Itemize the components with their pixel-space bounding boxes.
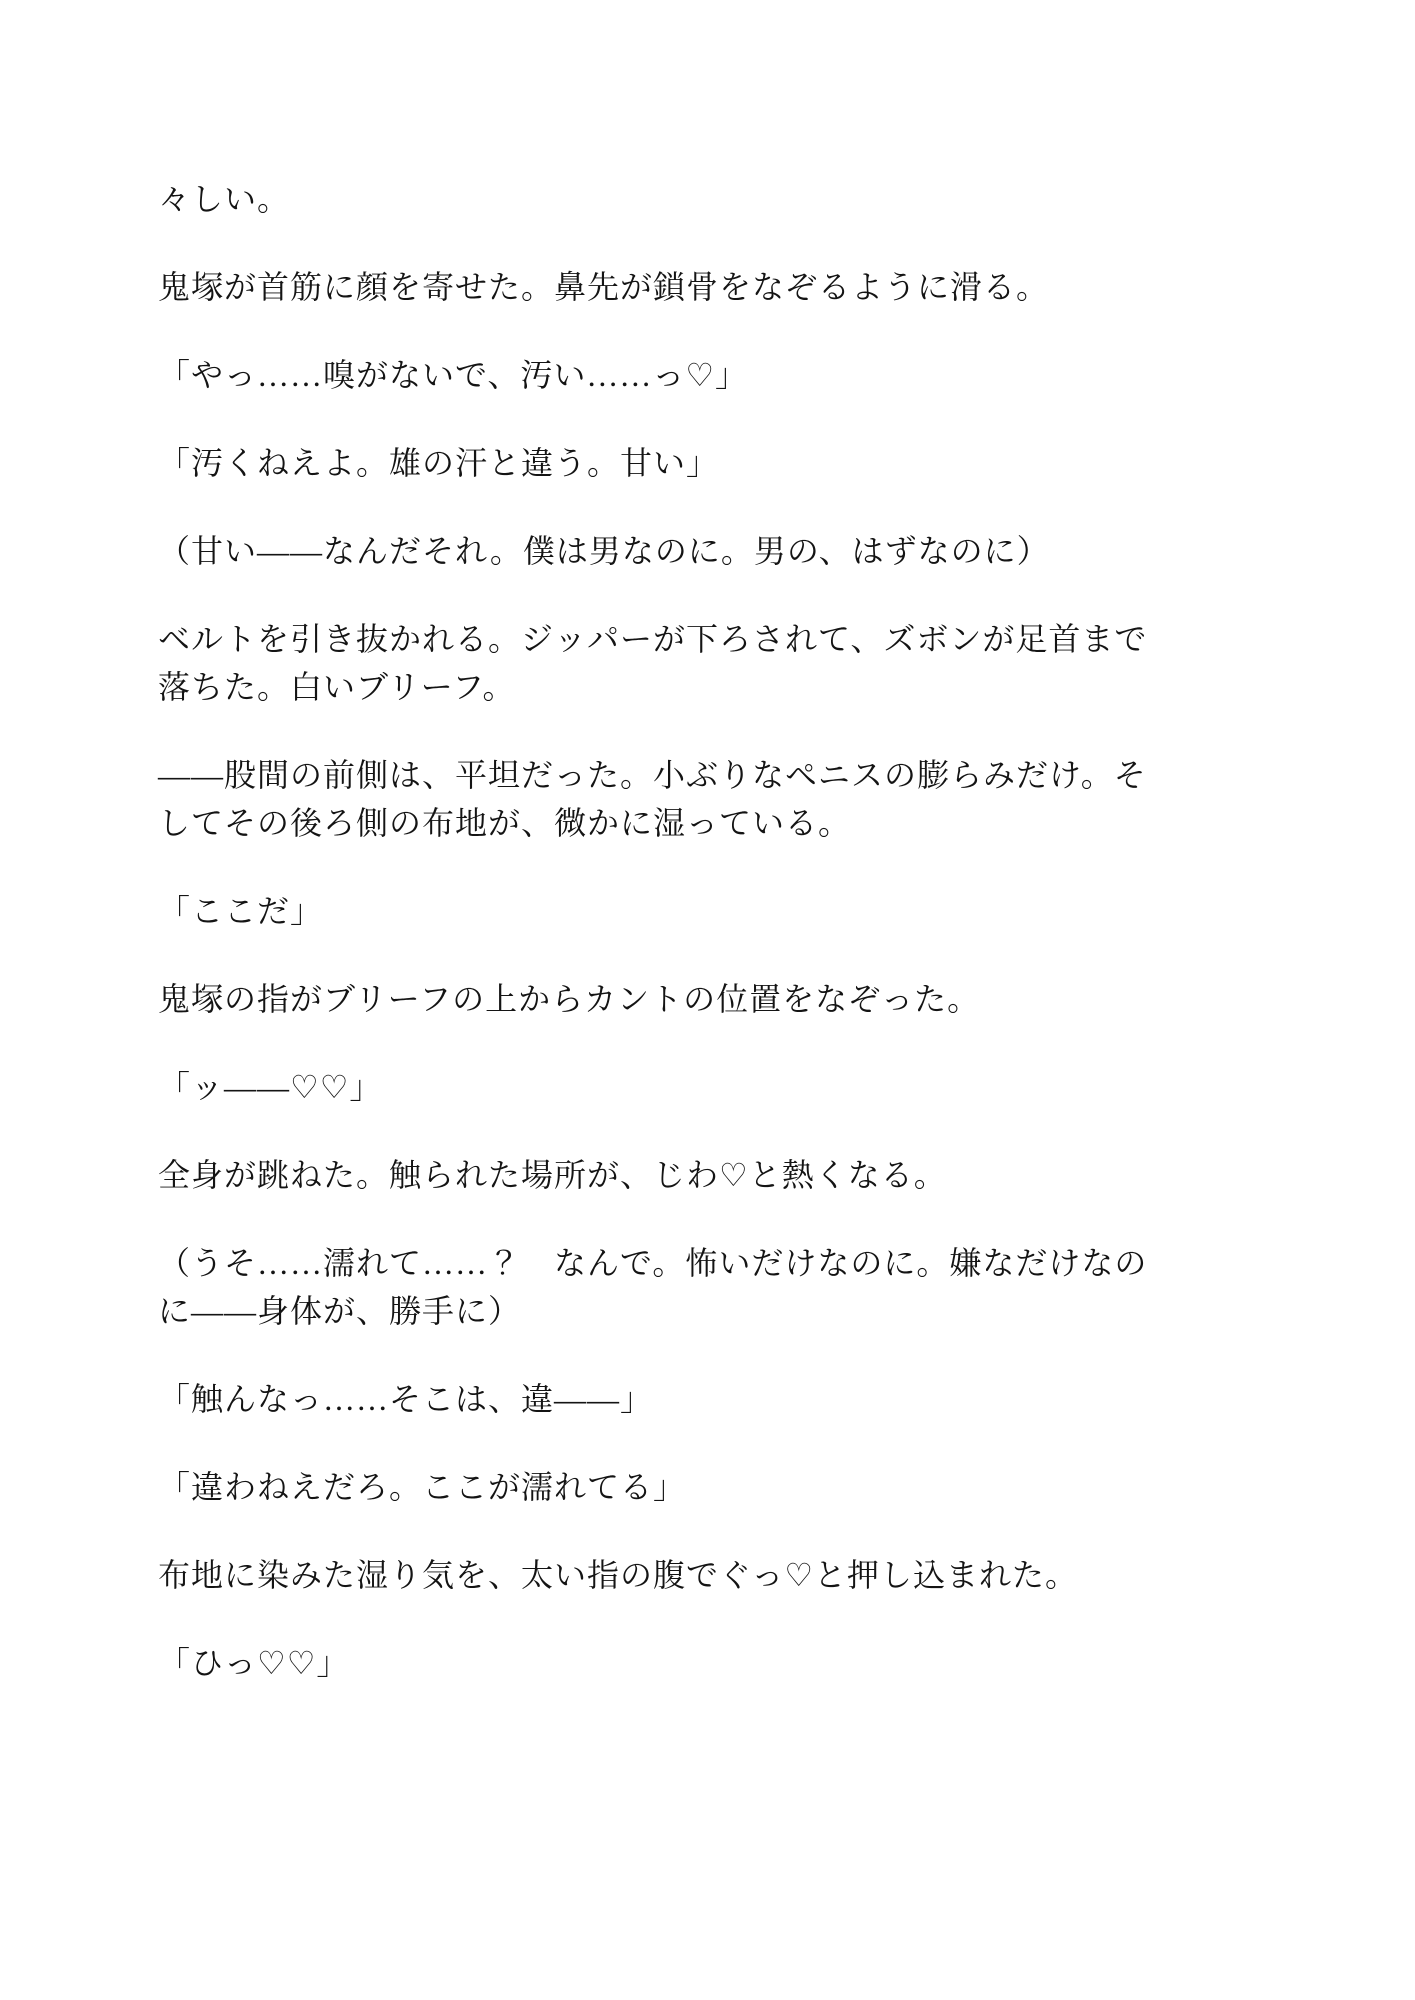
paragraph: 々しい。: [158, 175, 1167, 223]
paragraph: 「ここだ」: [158, 887, 1167, 935]
paragraph: 全身が跳ねた。触られた場所が、じわ♡と熱くなる。: [158, 1151, 1167, 1199]
paragraph: 「汚くねえよ。雄の汗と違う。甘い」: [158, 439, 1167, 487]
paragraph: （甘い——なんだそれ。僕は男なのに。男の、はずなのに）: [158, 527, 1167, 575]
paragraph: 「触んなっ……そこは、違——」: [158, 1375, 1167, 1423]
paragraph: 布地に染みた湿り気を、太い指の腹でぐっ♡と押し込まれた。: [158, 1551, 1167, 1599]
paragraph: 「ひっ♡♡」: [158, 1639, 1167, 1687]
paragraph: ——股間の前側は、平坦だった。小ぶりなペニスの膨らみだけ。そ してその後ろ側の布…: [158, 751, 1167, 847]
paragraph: 鬼塚が首筋に顔を寄せた。鼻先が鎖骨をなぞるように滑る。: [158, 263, 1167, 311]
document-page: 々しい。 鬼塚が首筋に顔を寄せた。鼻先が鎖骨をなぞるように滑る。 「やっ……嗅が…: [0, 0, 1415, 2000]
paragraph: 鬼塚の指がブリーフの上からカントの位置をなぞった。: [158, 975, 1167, 1023]
paragraph: ベルトを引き抜かれる。ジッパーが下ろされて、ズボンが足首まで 落ちた。白いブリー…: [158, 615, 1167, 711]
paragraph: 「やっ……嗅がないで、汚い……っ♡」: [158, 351, 1167, 399]
paragraph: （うそ……濡れて……？ なんで。怖いだけなのに。嫌なだけなの に——身体が、勝手…: [158, 1239, 1167, 1335]
paragraph: 「違わねえだろ。ここが濡れてる」: [158, 1463, 1167, 1511]
paragraph: 「ッ——♡♡」: [158, 1063, 1167, 1111]
